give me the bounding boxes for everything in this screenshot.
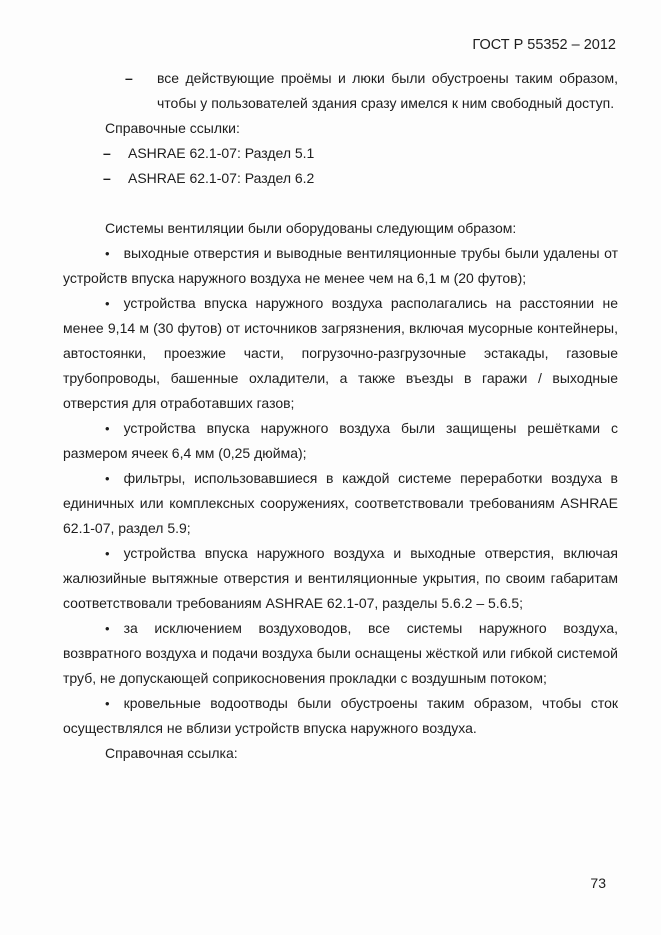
- bullet-item-text: кровельные водоотводы были обустроены та…: [63, 695, 618, 736]
- document-header-title: ГОСТ Р 55352 – 2012: [472, 36, 616, 54]
- bullet-item-text: устройства впуска наружного воздуха расп…: [63, 295, 618, 411]
- bullet-marker-icon: •: [105, 421, 110, 436]
- dash-marker-icon: –: [103, 166, 111, 191]
- bullet-item-text: устройства впуска наружного воздуха и вы…: [63, 545, 618, 611]
- bullet-marker-icon: •: [105, 546, 110, 561]
- bullet-item: •устройства впуска наружного воздуха был…: [63, 416, 618, 466]
- bullet-item-text: за исключением воздуховодов, все системы…: [63, 620, 618, 686]
- page-number: 73: [590, 871, 606, 896]
- bullet-item: •за исключением воздуховодов, все систем…: [63, 616, 618, 691]
- references-heading: Справочные ссылки:: [63, 116, 618, 141]
- bullet-item: •фильтры, использовавшиеся в каждой сист…: [63, 466, 618, 541]
- bullet-item-text: устройства впуска наружного воздуха были…: [63, 420, 618, 461]
- reference-item: –ASHRAE 62.1-07: Раздел 6.2: [63, 166, 618, 191]
- reference-item-text: ASHRAE 62.1-07: Раздел 5.1: [128, 145, 314, 161]
- bullet-item: •кровельные водоотводы были обустроены т…: [63, 691, 618, 741]
- bullet-item-text: выходные отверстия и выводные вентиляцио…: [63, 245, 618, 286]
- document-body: –все действующие проёмы и люки были обус…: [63, 66, 618, 766]
- reference-item-text: ASHRAE 62.1-07: Раздел 6.2: [128, 170, 314, 186]
- bullet-item: •устройства впуска наружного воздуха рас…: [63, 291, 618, 416]
- intro-dash-item-text: все действующие проёмы и люки были обуст…: [157, 70, 618, 111]
- intro-dash-item: –все действующие проёмы и люки были обус…: [63, 66, 618, 116]
- systems-intro-paragraph: Системы вентиляции были оборудованы след…: [63, 216, 618, 241]
- bullet-marker-icon: •: [105, 296, 110, 311]
- bullet-marker-icon: •: [105, 621, 110, 636]
- bullet-item-text: фильтры, использовавшиеся в каждой систе…: [63, 470, 618, 536]
- dash-marker-icon: –: [125, 66, 133, 91]
- dash-marker-icon: –: [103, 141, 111, 166]
- single-reference-heading: Справочная ссылка:: [63, 741, 618, 766]
- bullet-item: •выходные отверстия и выводные вентиляци…: [63, 241, 618, 291]
- document-page: ГОСТ Р 55352 – 2012 –все действующие про…: [0, 0, 661, 935]
- blank-line: [63, 191, 618, 216]
- bullet-item: •устройства впуска наружного воздуха и в…: [63, 541, 618, 616]
- reference-item: –ASHRAE 62.1-07: Раздел 5.1: [63, 141, 618, 166]
- bullet-marker-icon: •: [105, 471, 110, 486]
- bullet-marker-icon: •: [105, 696, 110, 711]
- bullet-marker-icon: •: [105, 246, 110, 261]
